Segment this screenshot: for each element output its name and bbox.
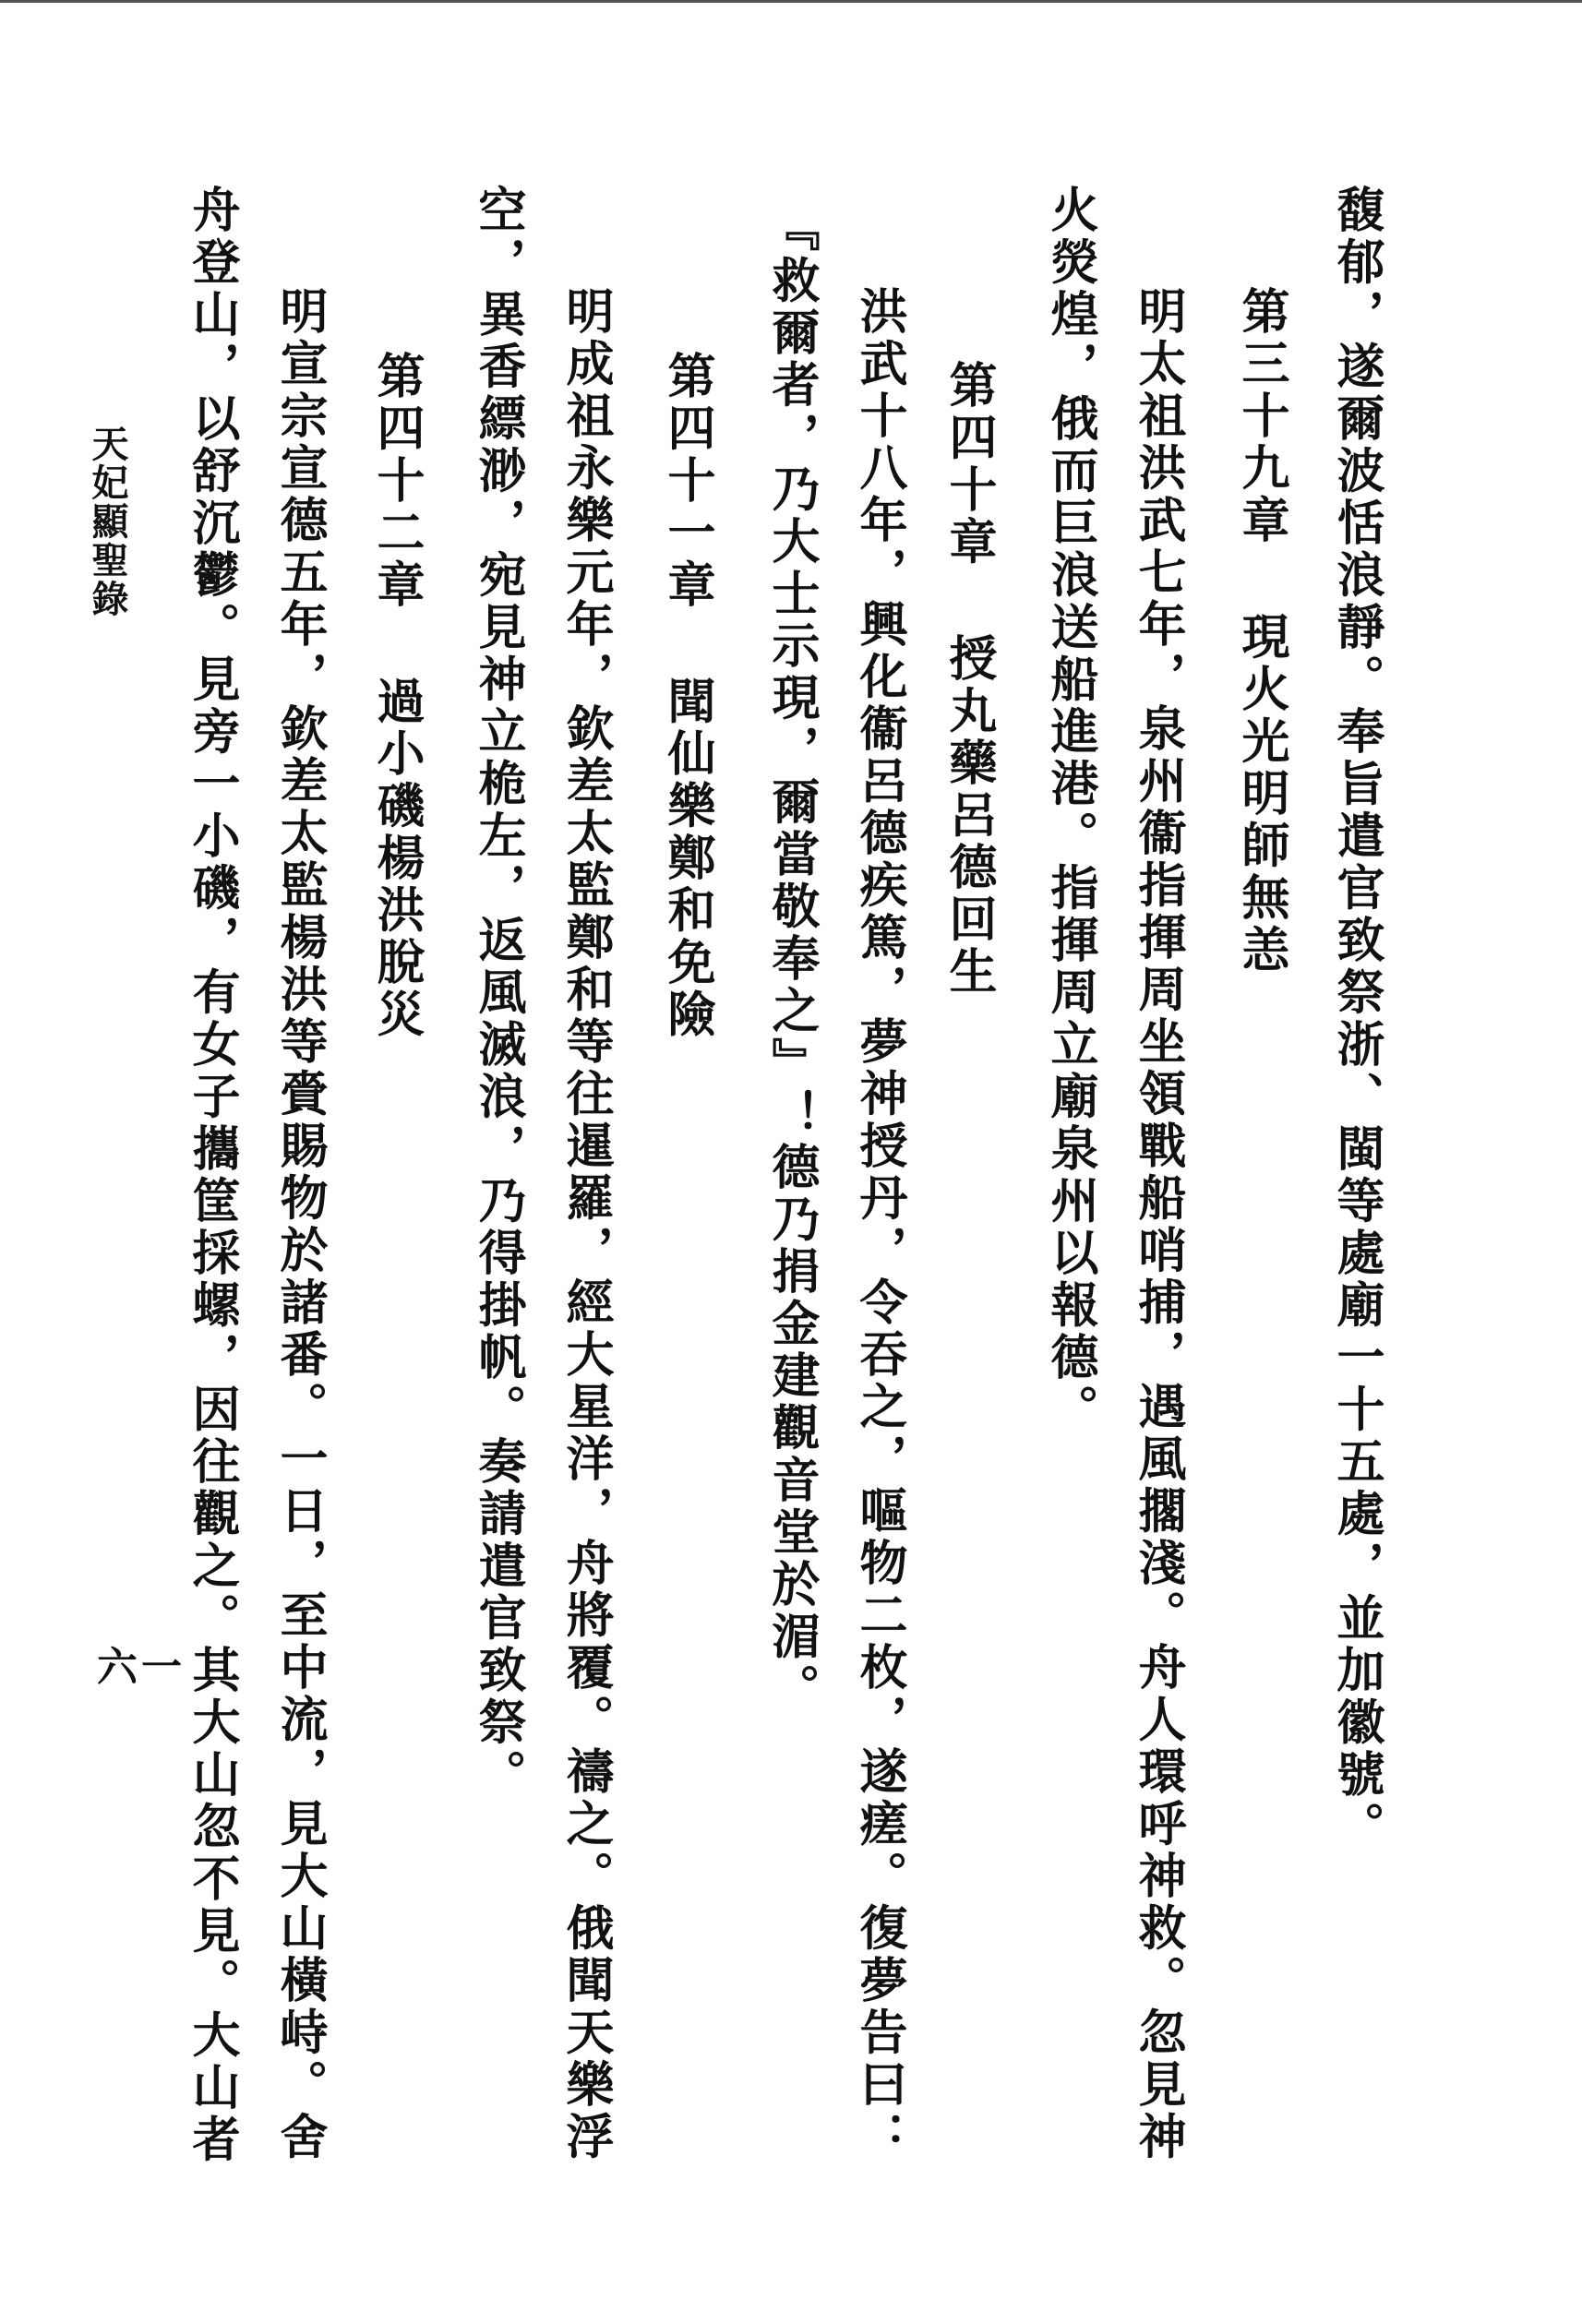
chapter-number: 第三十九章: [1233, 286, 1289, 547]
chapter-number: 第四十二章: [368, 351, 425, 612]
running-title: 天妃顯聖錄: [85, 425, 129, 618]
text-column: 馥郁，遂爾波恬浪靜。奉旨遣官致祭浙、閩等處廟一十五處，並加徽號。: [1328, 185, 1384, 1853]
text-column: 明太祖洪武七年，泉州衞指揮周坐領戰船哨捕，遇風擱淺。舟人環呼神救。忽見神: [1130, 286, 1185, 2163]
text-column: 明成祖永樂元年，欽差太監鄭和等往暹羅，經大星洋，舟將覆。禱之。俄聞天樂浮: [557, 286, 613, 2163]
text-column: 舟登山，以舒沉鬱。見旁一小磯，有女子攜筐採螺，因往觀之。其大山忽不見。大山者: [184, 185, 239, 2166]
text-column: 火熒煌，俄而巨浪送船進港。指揮周立廟泉州以報德。: [1042, 185, 1097, 1436]
chapter-number: 第四十一章: [659, 351, 715, 612]
chapter-number: 第四十章: [941, 360, 997, 569]
chapter-title: 現火光明師無恙: [1233, 612, 1289, 977]
chapter-heading-39: 第三十九章現火光明師無恙: [1233, 286, 1288, 976]
page-number: 六一: [97, 1634, 186, 1693]
text-column: 『救爾者，乃大士示現，爾當敬奉之』！德乃捐金建觀音堂於湄。: [763, 203, 819, 1716]
page-body: 馥郁，遂爾波恬浪靜。奉旨遣官致祭浙、閩等處廟一十五處，並加徽號。 第三十九章現火…: [142, 185, 1434, 2215]
text-column: 明宣宗宣德五年，欽差太監楊洪等賫賜物於諸番。一日，至中流，見大山橫峙。舍: [271, 286, 327, 2163]
chapter-heading-42: 第四十二章過小磯楊洪脫災: [368, 351, 424, 1041]
chapter-heading-41: 第四十一章聞仙樂鄭和免險: [659, 351, 714, 1041]
chapter-heading-40: 第四十章授丸藥呂德回生: [941, 360, 996, 999]
chapter-title: 聞仙樂鄭和免險: [659, 677, 715, 1042]
page-top-border: [0, 0, 1582, 3]
text-column: 空，異香縹渺，宛見神立桅左，返風滅浪，乃得掛帆。奏請遣官致祭。: [470, 185, 525, 1802]
chapter-title: 過小磯楊洪脫災: [368, 677, 425, 1042]
chapter-title: 授丸藥呂德回生: [941, 633, 997, 999]
text-column: 洪武十八年，興化衞呂德疾篤，夢神授丹，令吞之，嘔物二枚，遂瘥。復夢告曰：: [851, 286, 906, 2163]
